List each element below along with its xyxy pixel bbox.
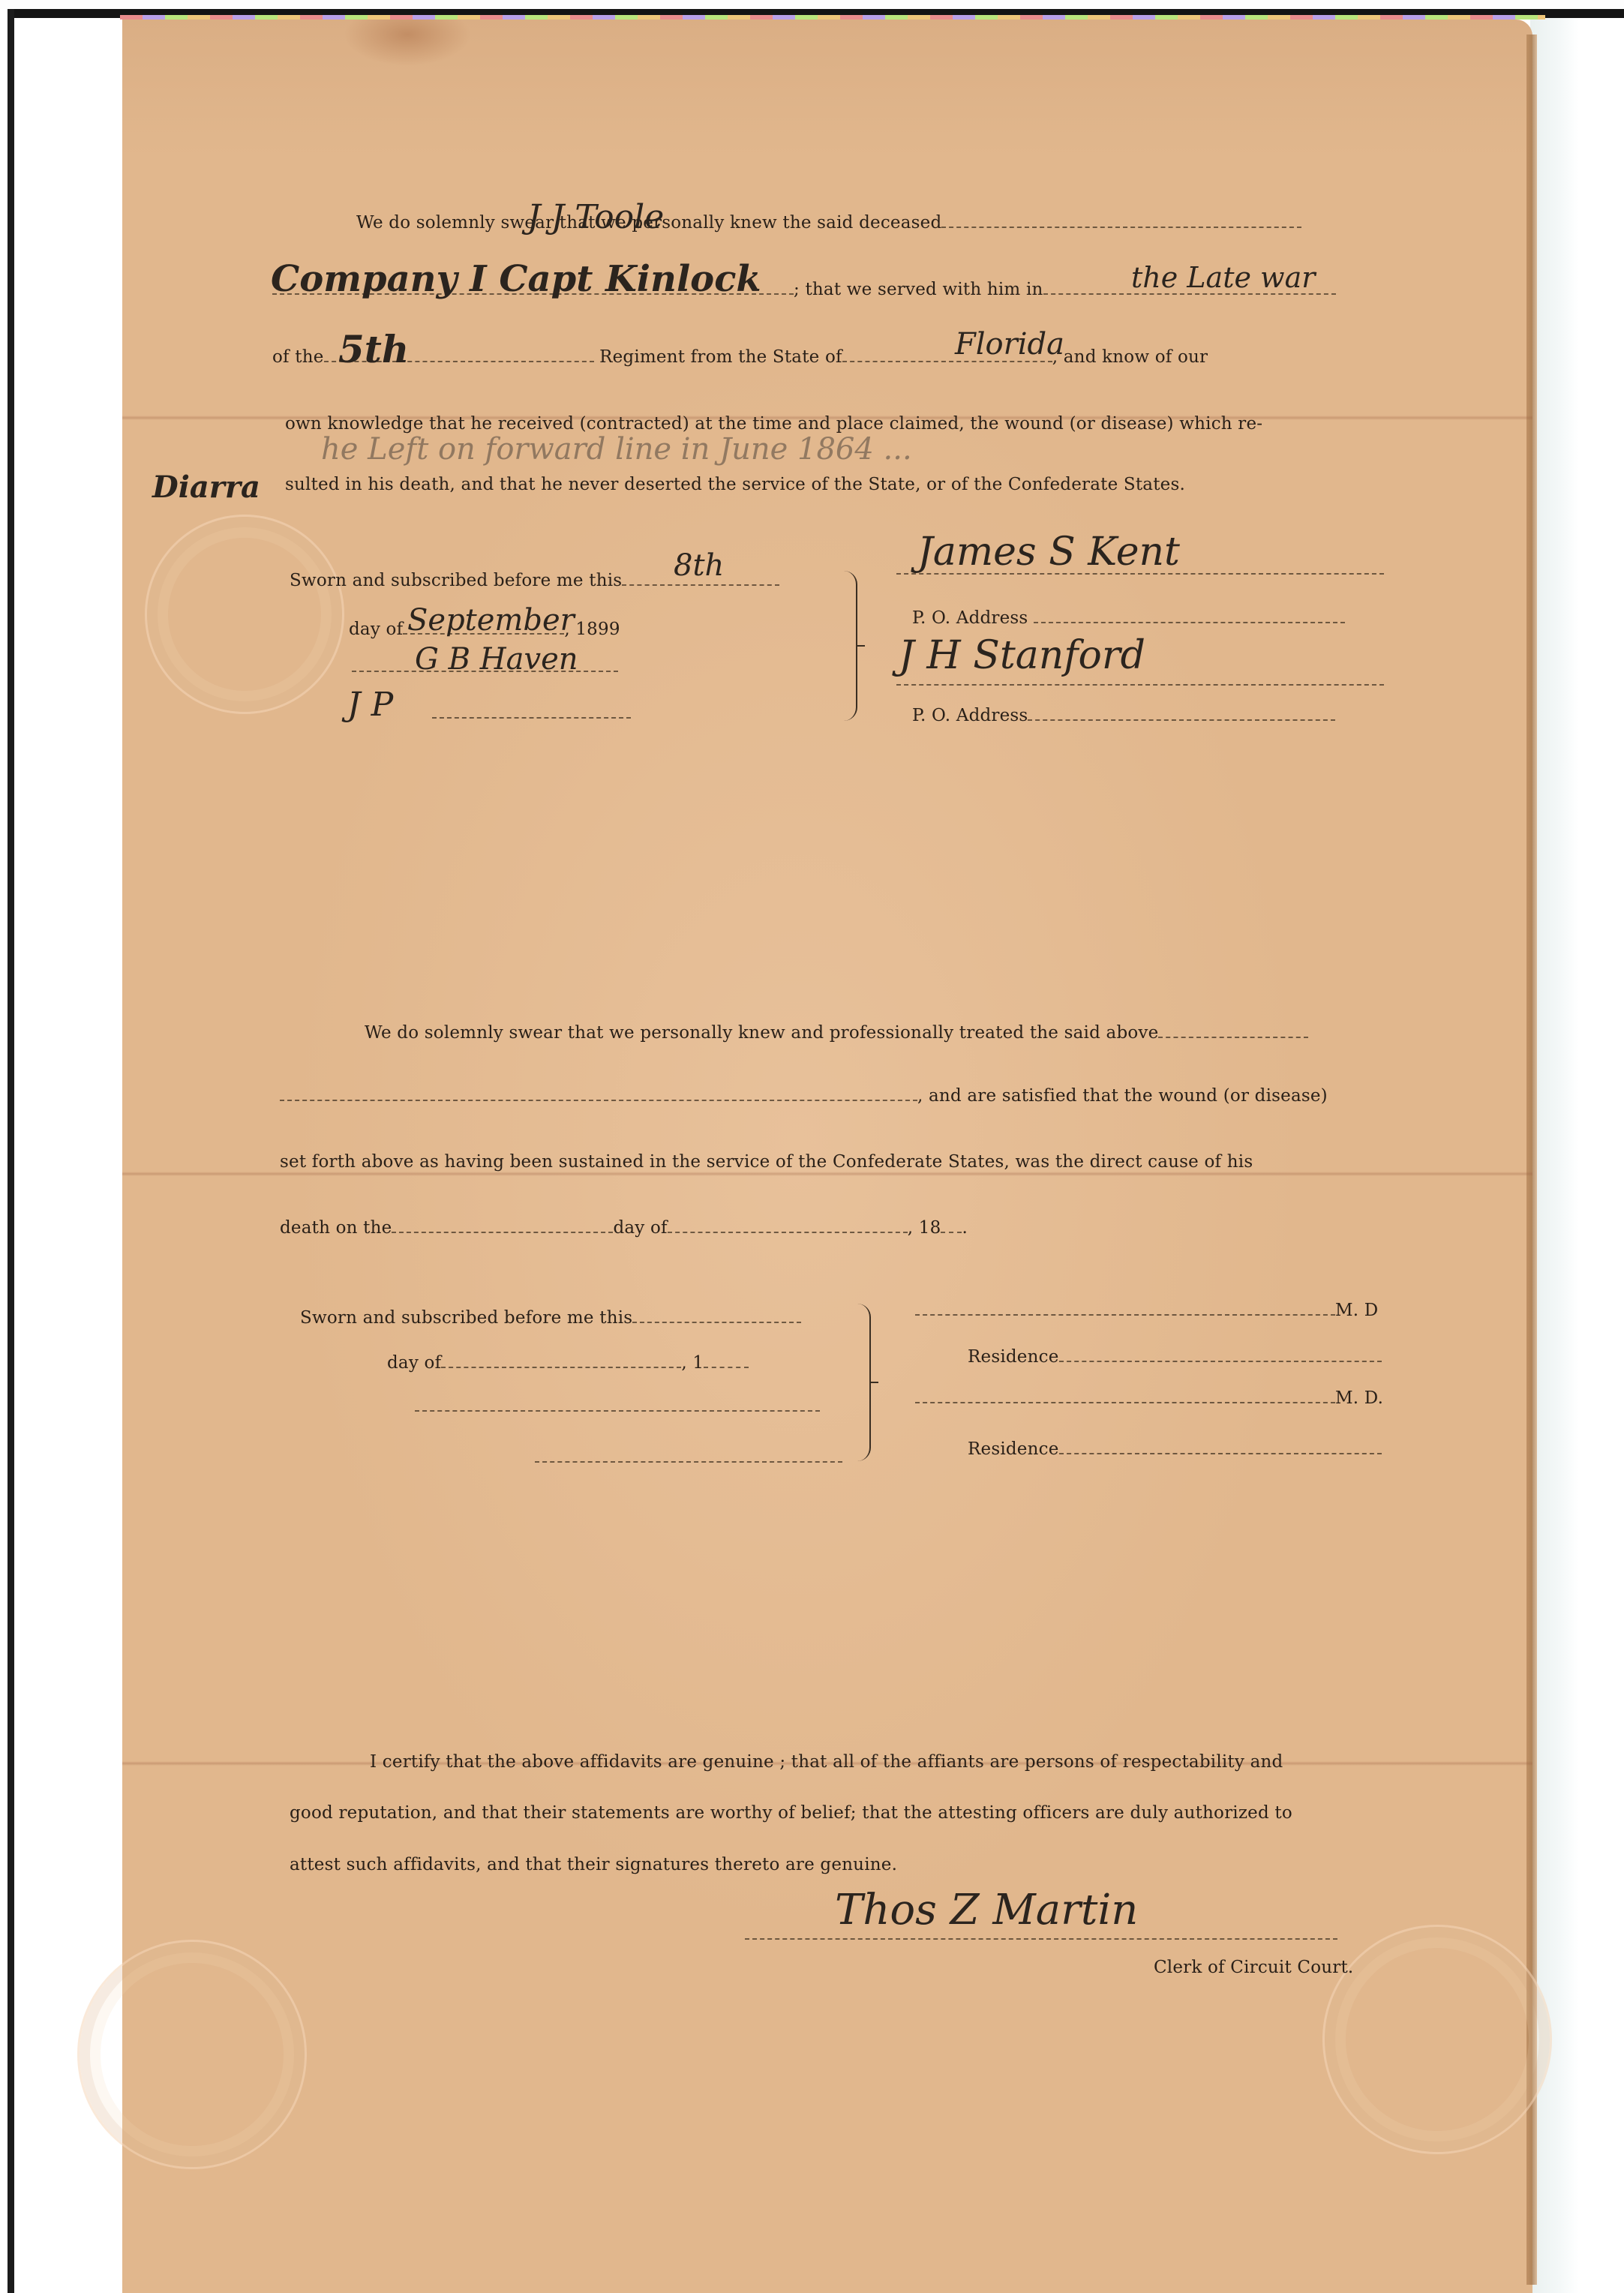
affiant-1-po-address: P. O. Address — [912, 608, 1345, 628]
physician-1-residence: Residence — [968, 1347, 1382, 1367]
clerk-certificate-line-2: good reputation, and that their statemen… — [290, 1803, 1292, 1823]
clerk-certificate-line-3: attest such affidavits, and that their s… — [290, 1855, 897, 1874]
embossed-seal — [145, 515, 344, 714]
embossed-seal — [1322, 1925, 1552, 2154]
state-handwritten: Florida — [955, 327, 1064, 362]
embossed-seal — [77, 1940, 307, 2169]
physician-jurat-officer-line — [415, 1397, 820, 1416]
clerk-title: Clerk of Circuit Court. — [1154, 1958, 1353, 1977]
bracket — [842, 571, 857, 721]
physician-1-line: M. D — [915, 1301, 1378, 1320]
clerk-signature: Thos Z Martin — [835, 1886, 1138, 1934]
physician-affidavit-line-4: death on theday of, 18. — [280, 1218, 968, 1238]
jurat-day-handwritten: 8th — [674, 548, 724, 583]
scan-left-border — [8, 9, 14, 2293]
paper-right-edge — [1526, 35, 1537, 2285]
jurat-title-line — [432, 704, 631, 723]
bracket-tip — [856, 645, 865, 647]
company-handwritten: Company I Capt Kinlock — [271, 258, 761, 300]
cause-of-death-note: he Left on forward line in June 1864 ... — [321, 432, 912, 467]
plastic-sleeve-edge — [1530, 18, 1579, 2293]
document-page: We do solemnly swear that we personally … — [122, 20, 1532, 2293]
physician-affidavit-line-1: We do solemnly swear that we personally … — [365, 1023, 1308, 1043]
affiant-1-signature: James S Kent — [917, 530, 1180, 575]
affiant-2-po-address: P. O. Address — [912, 706, 1335, 725]
bracket — [856, 1304, 871, 1461]
scan-top-margin — [0, 0, 1624, 9]
physician-2-residence: Residence — [968, 1439, 1382, 1459]
affidavit-line-1: We do solemnly swear that we personally … — [356, 213, 1301, 233]
physician-jurat-title-line — [535, 1448, 842, 1467]
affiant-2-signature: J H Stanford — [899, 633, 1145, 678]
jurat-month-handwritten: September — [407, 603, 575, 638]
deceased-name-handwritten: J J Toole — [527, 198, 664, 236]
physician-jurat-sworn-line: Sworn and subscribed before me this — [300, 1308, 801, 1328]
physician-2-line: M. D. — [915, 1388, 1383, 1408]
affidavit-line-3: of the Regiment from the State of, and k… — [272, 347, 1208, 367]
fold-crease — [122, 1172, 1532, 1176]
regiment-handwritten: 5th — [338, 327, 409, 371]
clerk-certificate-line-1: I certify that the above affidavits are … — [370, 1752, 1283, 1772]
affidavit-line-5: sulted in his death, and that he never d… — [285, 475, 1185, 494]
margin-note-handwritten: Diarra — [152, 470, 260, 505]
officer-signature: G B Haven — [415, 642, 578, 677]
physician-jurat-day-of-line: day of, 1 — [387, 1353, 749, 1373]
physician-affidavit-line-3: set forth above as having been sustained… — [280, 1152, 1253, 1172]
war-handwritten: the Late war — [1131, 261, 1315, 294]
bracket-tip — [869, 1382, 878, 1383]
physician-affidavit-line-2: , and are satisfied that the wound (or d… — [280, 1086, 1328, 1106]
affidavit-line-4: own knowledge that he received (contract… — [285, 414, 1262, 434]
officer-title-handwritten: J P — [347, 686, 393, 724]
